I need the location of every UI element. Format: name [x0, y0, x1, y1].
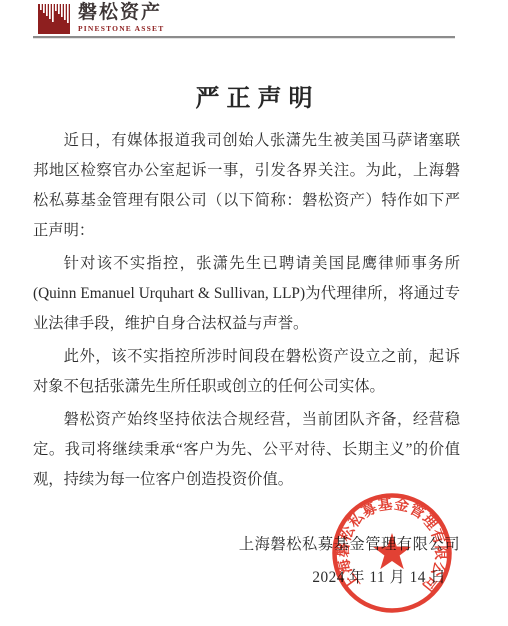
signature-date: 2024 年 11 月 14 日 — [312, 565, 446, 587]
paragraph-4: 磐松资产始终坚持依法合规经营，当前团队齐备，经营稳定。我司将继续秉承“客户为先、… — [33, 405, 460, 495]
statement-body: 近日，有媒体报道我司创始人张潇先生被美国马萨诸塞联邦地区检察官办公室起诉一事，引… — [33, 126, 460, 498]
paragraph-3: 此外，该不实指控所涉时间段在磐松资产设立之前，起诉对象不包括张潇先生所任职或创立… — [33, 342, 460, 402]
statement-document: 磐松资产 PINESTONE ASSET 严正声明 近日，有媒体报道我司创始人张… — [0, 0, 508, 626]
paragraph-2: 针对该不实指控，张潇先生已聘请美国昆鹰律师事务所 (Quinn Emanuel … — [33, 249, 460, 339]
header-divider — [33, 36, 455, 39]
paragraph-1: 近日，有媒体报道我司创始人张潇先生被美国马萨诸塞联邦地区检察官办公室起诉一事，引… — [33, 126, 460, 246]
pinestone-logo-icon — [38, 4, 70, 34]
brand-name-cn: 磐松资产 — [78, 3, 164, 22]
brand-block: 磐松资产 PINESTONE ASSET — [78, 3, 164, 33]
page-title: 严正声明 — [0, 78, 508, 113]
signature-company: 上海磐松私募基金管理有限公司 — [239, 532, 460, 554]
brand-name-en: PINESTONE ASSET — [78, 25, 164, 33]
